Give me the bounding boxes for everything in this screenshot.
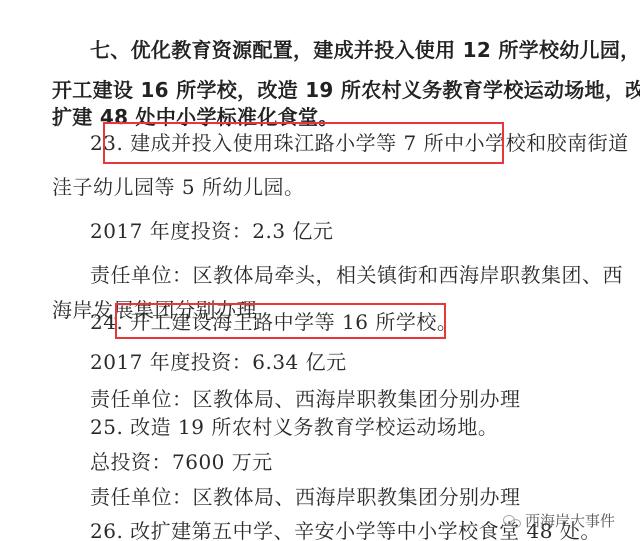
item-25-responsible: 责任单位：区教体局、西海岸职教集团分别办理 <box>90 485 521 509</box>
section-heading-line-2: 开工建设 16 所学校，改造 19 所农村义务教育学校运动场地，改 <box>52 78 640 102</box>
item-24-investment: 2017 年度投资：6.34 亿元 <box>90 350 347 374</box>
item-23-investment: 2017 年度投资：2.3 亿元 <box>90 219 333 243</box>
item-25-title: 25. 改造 19 所农村义务教育学校运动场地。 <box>90 415 498 439</box>
watermark: 西海岸大事件 <box>503 510 615 531</box>
section-heading-line-1: 七、优化教育资源配置，建成并投入使用 12 所学校幼儿园， <box>90 38 640 62</box>
wechat-icon <box>503 514 521 528</box>
item-23-responsible-line-1: 责任单位：区教体局牵头，相关镇街和西海岸职教集团、西 <box>90 263 623 287</box>
highlight-box-item-24 <box>115 303 446 339</box>
item-24-responsible: 责任单位：区教体局、西海岸职教集团分别办理 <box>90 387 521 411</box>
highlight-box-item-23 <box>103 122 504 164</box>
item-23-title-line-2: 洼子幼儿园等 5 所幼儿园。 <box>52 175 304 199</box>
item-25-investment: 总投资：7600 万元 <box>90 450 273 474</box>
watermark-text: 西海岸大事件 <box>525 510 615 531</box>
